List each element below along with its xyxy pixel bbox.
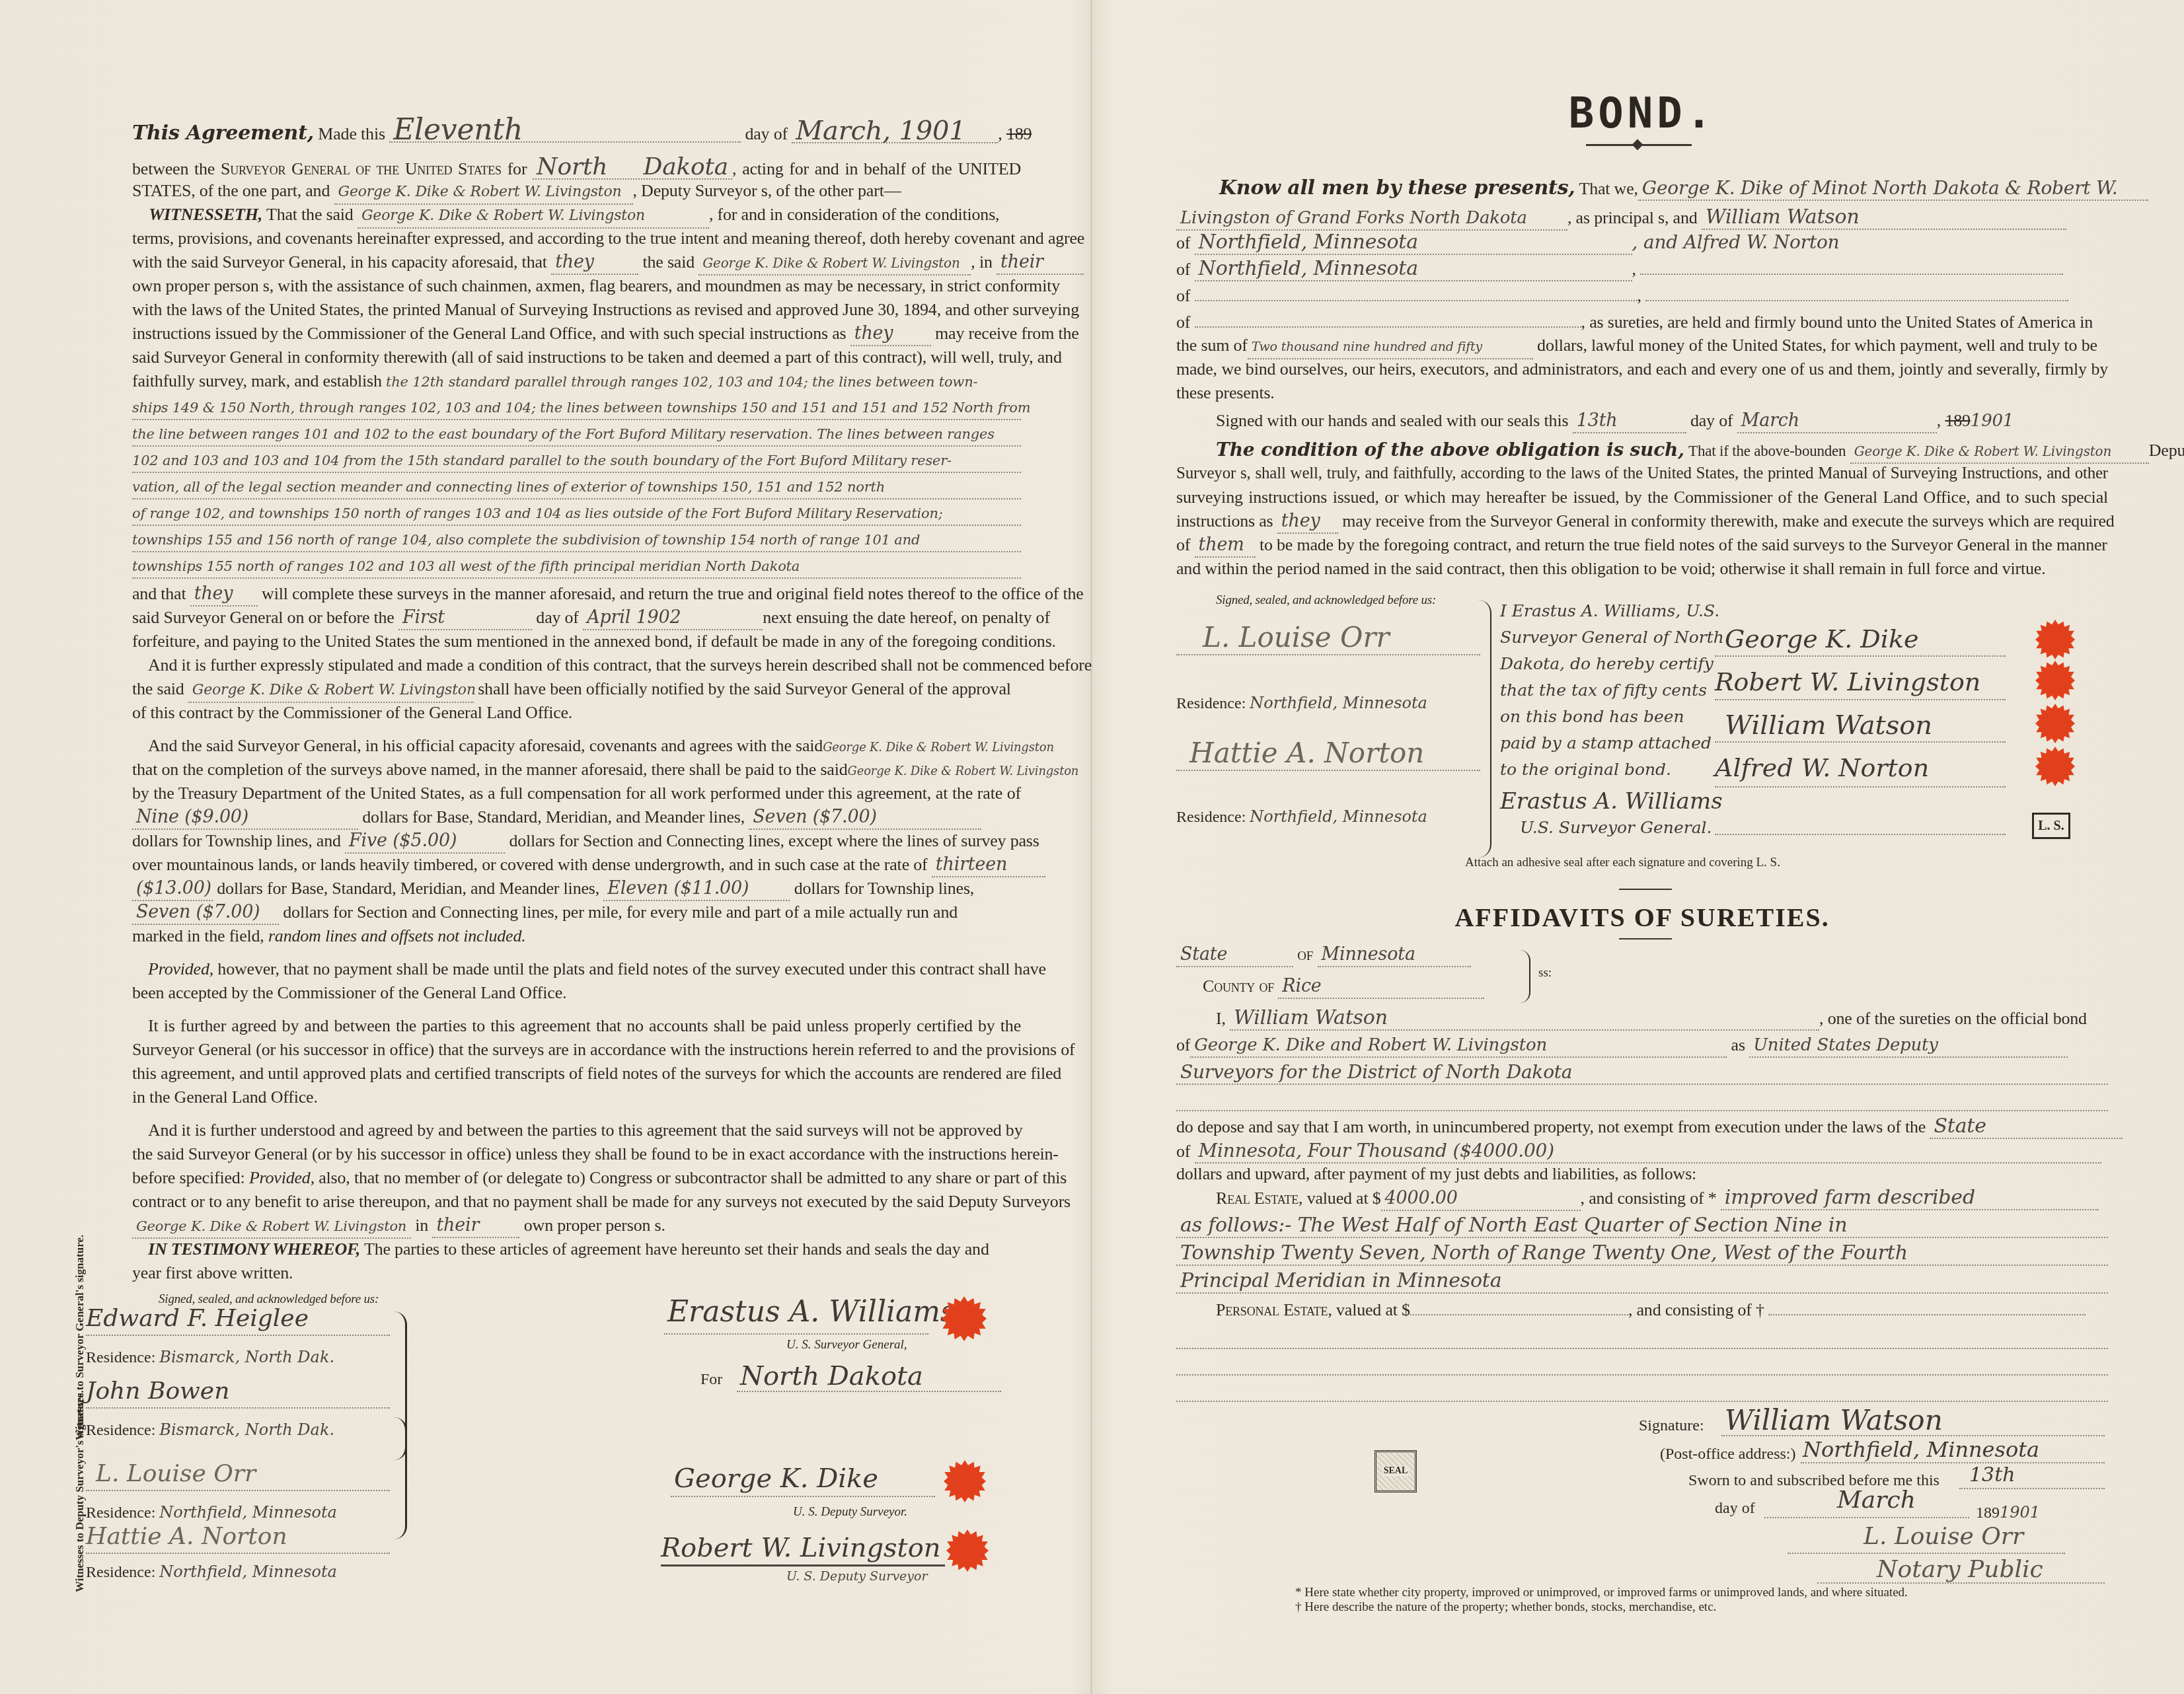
- lawful-money-text: dollars, lawful money of the United Stat…: [1537, 336, 2097, 355]
- their-value-2: their: [432, 1214, 519, 1238]
- county-value: Rice: [1278, 975, 1484, 999]
- above-bounden-text: That if the above-bounden: [1688, 443, 1846, 459]
- residence-row: Residence: Northfield, Minnesota: [1176, 694, 1427, 713]
- random-lines-text: random lines and offsets not included.: [268, 926, 526, 945]
- residence-label: Residence:: [86, 1422, 155, 1439]
- deputies-names: George K. Dike & Robert W. Livingston: [334, 181, 633, 205]
- cert-line: to the original bond.: [1500, 756, 1724, 783]
- p4-names-1: George K. Dike & Robert W. Livingston: [823, 741, 1054, 755]
- for-state-value: North Dakota: [740, 1361, 923, 1391]
- blank-line: [1176, 1354, 2108, 1376]
- residence-label: Residence:: [1176, 695, 1246, 712]
- agreement-line-5: terms, provisions, and covenants hereina…: [132, 227, 1021, 250]
- residence-row: Residence: Northfield, Minnesota: [86, 1563, 337, 1582]
- residence-value: Northfield, Minnesota: [159, 1563, 337, 1581]
- in-label: , in: [971, 252, 992, 272]
- rate-township-hard-value: Eleven ($11.00): [603, 877, 790, 901]
- real-estate-desc: Township Twenty Seven, North of Range Tw…: [1176, 1242, 2108, 1266]
- surety-1-name: William Watson: [1702, 206, 2066, 230]
- signature-line: [671, 1496, 935, 1497]
- provided-label: Provided,: [148, 959, 213, 978]
- covenants-text: And the said Surveyor General, in his of…: [148, 736, 823, 755]
- they-value-2: they: [850, 322, 931, 346]
- bond-line-6: of , as sureties, are held and firmly bo…: [1176, 311, 2108, 334]
- bond-line-9: these presents.: [1176, 382, 2108, 404]
- agreement-line-p4-4: Nine ($9.00) dollars for Base, Standard,…: [132, 806, 1021, 830]
- bond-line-1: Know all men by these presents, That we,…: [1176, 177, 2108, 201]
- bond-line-4: of Northfield, Minnesota,: [1176, 258, 2108, 281]
- red-seal: [2035, 747, 2075, 786]
- bond-signatory: William Watson: [1725, 710, 1932, 741]
- brace-ds: [393, 1417, 407, 1539]
- survey-desc-line: the 12th standard parallel through range…: [386, 374, 977, 390]
- bond-witness-signature: L. Louise Orr: [1203, 621, 1390, 653]
- state-word: State: [1176, 943, 1293, 967]
- divider-ornament: [1619, 889, 1672, 890]
- instructions-as-text: instructions as: [1176, 511, 1273, 531]
- year-prefix: 189: [1976, 1504, 2000, 1522]
- personal-estate-value: [1410, 1298, 1628, 1315]
- post-office-label: (Post-office address:): [1660, 1446, 1796, 1463]
- personal-estate-label: Personal Estate,: [1216, 1300, 1332, 1319]
- signature-line: [86, 1490, 390, 1491]
- agreement-line-p3-3: of this contract by the Commissioner of …: [132, 702, 1021, 724]
- bond-signed-month: March: [1737, 410, 1937, 433]
- footnote-1: * Here state whether city property, impr…: [1295, 1586, 1908, 1600]
- personal-consisting-label: , and consisting of †: [1628, 1300, 1764, 1319]
- of-label: of: [1176, 286, 1190, 305]
- bond-of-line: ofGeorge K. Dike and Robert W. Livingsto…: [1176, 1034, 2108, 1058]
- acting-for-text: , acting for and in behalf of the UNITED: [732, 159, 1021, 178]
- bond-sum-value: Two thousand nine hundred and fifty: [1248, 336, 1533, 359]
- real-estate-value: 4000.00: [1381, 1187, 1581, 1211]
- sg-title: U. S. Surveyor General,: [786, 1338, 907, 1352]
- own-person-text: own proper person s.: [524, 1216, 665, 1235]
- county-label: County of: [1203, 976, 1274, 996]
- agreement-line-p7-1: And it is further understood and agreed …: [132, 1119, 1021, 1142]
- signature-label: Signature:: [1639, 1417, 1704, 1435]
- signature-line: [1721, 1435, 2105, 1436]
- agreement-line-p4-5: dollars for Township lines, and Five ($5…: [132, 830, 1021, 854]
- rate-section-hard-value: Seven ($7.00): [132, 901, 279, 925]
- agreement-line-p7-4: contract or to any benefit to arise ther…: [132, 1191, 1021, 1213]
- witness-signature: Edward F. Heiglee: [86, 1305, 309, 1332]
- the-said-label-2: the said: [132, 679, 184, 698]
- bond-witness-signature: Hattie A. Norton: [1189, 737, 1424, 769]
- agreement-line-p3-1: And it is further expressly stipulated a…: [132, 654, 1021, 677]
- struck-year: 189: [1006, 124, 1032, 143]
- real-estate-label: Real Estate,: [1216, 1189, 1302, 1208]
- agreement-line-p4-2: that on the completion of the surveys ab…: [132, 758, 1021, 783]
- as-principals-text: , as principal s, and: [1567, 208, 1698, 227]
- bond-signatory: Robert W. Livingston: [1715, 667, 1980, 696]
- real-estate-line: Real Estate, valued at $4000.00, and con…: [1176, 1187, 2108, 1211]
- agreement-line-p6-4: in the General Land Office.: [132, 1086, 1021, 1109]
- capacity-text: with the said Surveyor General, in his c…: [132, 252, 547, 272]
- witnesseth-label: WITNESSETH,: [149, 205, 262, 224]
- agreement-month-year: March, 1901: [792, 120, 998, 143]
- survey-desc-line: ships 149 & 150 North, through ranges 10…: [132, 396, 1021, 420]
- dollars-upward-text: dollars and upward, after payment of my …: [1176, 1163, 2108, 1185]
- day-of-label: day of: [745, 124, 788, 143]
- signed-this-text: Signed with our hands and sealed with ou…: [1216, 411, 1568, 430]
- day-of-label-3: day of: [1690, 411, 1733, 430]
- bond-line-5: of ,: [1176, 284, 2108, 307]
- deputy-surveyor-signature: George K. Dike: [674, 1463, 878, 1494]
- personal-estate-line: Personal Estate, valued at $, and consis…: [1176, 1298, 2108, 1321]
- condition-line-6: and within the period named in the said …: [1176, 558, 2108, 580]
- between-label: between the: [132, 159, 215, 178]
- of-caps-label: OF: [1297, 949, 1313, 963]
- as-value-2: Surveyors for the District of North Dako…: [1176, 1061, 2108, 1085]
- of-label: of: [1176, 313, 1190, 332]
- of-label: of: [1176, 1035, 1190, 1054]
- agreement-line-p4-9: marked in the field, random lines and of…: [132, 925, 1021, 947]
- witness-signature: Hattie A. Norton: [86, 1523, 287, 1550]
- center-fold: [1090, 0, 1092, 1694]
- bond-signed-day: 13th: [1573, 410, 1686, 433]
- witness-signature: L. Louise Orr: [96, 1460, 256, 1487]
- condition-heading: The condition of the above obligation is…: [1216, 439, 1684, 460]
- agreement-line-p4-3: by the Treasury Department of the United…: [132, 782, 1021, 805]
- bond-signed-line: Signed with our hands and sealed with ou…: [1176, 410, 2108, 433]
- signature-line: [1715, 786, 2006, 788]
- of-label: of: [1176, 260, 1190, 279]
- year-value: 1901: [2000, 1503, 2040, 1522]
- township-lines-text-2: dollars for Township lines,: [794, 879, 975, 898]
- red-seal: [944, 1460, 986, 1502]
- testimony-label: IN TESTIMONY WHEREOF,: [148, 1239, 360, 1259]
- struck-year-2: 189: [1945, 411, 1970, 430]
- for-label: for: [508, 159, 527, 178]
- condition-line-2: Surveyor s, shall well, truly, and faith…: [1176, 462, 2108, 485]
- signature-underline: [661, 1565, 945, 1566]
- signature-line: [1176, 770, 1480, 771]
- agreement-page: This Agreement, Made this Eleventh day o…: [132, 0, 1021, 1694]
- affidavit-title: AFFIDAVITS OF SURETIES.: [1176, 902, 2108, 933]
- bond-signatory: George K. Dike: [1725, 624, 1918, 653]
- depose-line: do depose and say that I am worth, in un…: [1176, 1115, 2108, 1139]
- signature-line: [664, 1333, 928, 1335]
- post-office-value: Northfield, Minnesota: [1803, 1437, 2039, 1462]
- know-all-heading: Know all men by these presents,: [1219, 176, 1575, 200]
- cert-line: on this bond has been: [1500, 704, 1724, 730]
- signature-line: [1801, 1462, 2105, 1463]
- residence-row: Residence: Northfield, Minnesota: [86, 1503, 337, 1522]
- survey-desc-line: the line between ranges 101 and 102 to t…: [132, 423, 1021, 447]
- signature-line: [1715, 655, 2006, 657]
- congress-text: also, that no member of (or delegate to)…: [319, 1168, 1067, 1187]
- red-seal: [2035, 704, 2075, 743]
- agreement-opening: This Agreement, Made this Eleventh day o…: [132, 119, 1021, 145]
- as-label: as: [1731, 1035, 1745, 1054]
- base-lines-text-2: dollars for Base, Standard, Meridian, an…: [217, 879, 599, 898]
- they-value: they: [551, 251, 638, 275]
- signature-line: [1176, 654, 1480, 655]
- notary-signature: L. Louise Orr: [1864, 1523, 2023, 1550]
- bond-line-2: Livingston of Grand Forks North Dakota, …: [1176, 206, 2108, 231]
- agreement-line-p7-3: before specified: Provided, also, that n…: [132, 1167, 1021, 1189]
- signature-line: [1715, 699, 2006, 700]
- witness-signature: John Bowen: [86, 1378, 229, 1405]
- consideration-text: , for and in consideration of the condit…: [709, 205, 999, 224]
- that-we-label: That we,: [1579, 179, 1638, 198]
- rate-base-hard-word: thirteen: [932, 854, 1045, 877]
- affidavit-state-line: State OF Minnesota: [1176, 943, 2108, 968]
- agreement-line-p3-2: the said George K. Dike & Robert W. Livi…: [132, 678, 1021, 703]
- cert-line: Surveyor General of North: [1500, 624, 1724, 651]
- agreement-line-4: WITNESSETH, That the said George K. Dike…: [132, 203, 1021, 229]
- agreement-line-p4-8: Seven ($7.00) dollars for Section and Co…: [132, 901, 1021, 925]
- due-month-year-value: April 1902: [583, 607, 763, 630]
- bond-line-8: made, we bind ourselves, our heirs, exec…: [1176, 358, 2108, 381]
- cert-line: paid by a stamp attached: [1500, 730, 1724, 756]
- signature-line: [86, 1335, 390, 1336]
- bond-of-value: George K. Dike and Robert W. Livingston: [1190, 1034, 1727, 1058]
- deputy-surveyor-signature: Robert W. Livingston: [661, 1533, 941, 1563]
- title-ornament: [1586, 144, 1692, 146]
- blank-line: [1195, 311, 1581, 328]
- principals-line-2: Livingston of Grand Forks North Dakota: [1176, 207, 1567, 231]
- agreement-line-p4-1: And the said Surveyor General, in his of…: [132, 735, 1021, 759]
- residence-label: Residence:: [1176, 809, 1246, 826]
- paid-to-text: that on the completion of the surveys ab…: [132, 760, 848, 779]
- bond-page: BOND. Know all men by these presents, Th…: [1176, 0, 2108, 1694]
- tax-certification: I Erastus A. Williams, U.S. Surveyor Gen…: [1500, 598, 1724, 841]
- affiant-name: William Watson: [1230, 1007, 1819, 1031]
- residence-value: Northfield, Minnesota: [1250, 807, 1427, 826]
- ds-title: U. S. Deputy Surveyor.: [793, 1505, 907, 1520]
- witness-brace: [1477, 600, 1491, 858]
- one-of-sureties-text: , one of the sureties on the official bo…: [1819, 1009, 2087, 1028]
- residence-value: Bismarck, North Dak.: [159, 1420, 334, 1439]
- condition-names: George K. Dike & Robert W. Livingston: [1850, 440, 2149, 464]
- affiant-line: I, William Watson, one of the sureties o…: [1176, 1007, 2108, 1031]
- provided-label-2: Provided,: [249, 1168, 315, 1187]
- agreement-line-p4-7: ($13.00) dollars for Base, Standard, Mer…: [132, 877, 1021, 901]
- condition-line-5: of them to be made by the foregoing cont…: [1176, 534, 2108, 558]
- agreement-line-9: instructions issued by the Commissioner …: [132, 322, 1021, 346]
- surveyor-general-signature: Erastus A. Williams: [667, 1295, 956, 1329]
- instructions-text: instructions issued by the Commissioner …: [132, 324, 846, 343]
- signature-line: [1764, 1517, 1969, 1518]
- on-or-before-text: said Surveyor General on or before the: [132, 608, 395, 627]
- cert-line: I Erastus A. Williams, U.S.: [1500, 598, 1724, 624]
- rate-section-value: Five ($5.00): [345, 830, 505, 854]
- witnesseth-names: George K. Dike & Robert W. Livingston: [358, 205, 709, 229]
- signature-line: [1715, 834, 2006, 835]
- agreement-line-p7-2: the said Surveyor General (or by his suc…: [132, 1143, 1021, 1165]
- foregoing-contract-text: to be made by the foregoing contract, an…: [1260, 535, 2107, 554]
- residence-value: Northfield, Minnesota: [1250, 694, 1427, 712]
- depose-text: do depose and say that I am worth, in un…: [1176, 1117, 1926, 1136]
- surety-2-name: , and Alfred W. Norton: [1632, 231, 1840, 253]
- residence-row: Residence: Bismarck, North Dak.: [86, 1420, 334, 1440]
- worth-value: Minnesota, Four Thousand ($4000.00): [1195, 1140, 2101, 1163]
- notified-text: shall have been officially notified by t…: [478, 679, 1011, 698]
- sum-of-label: the sum of: [1176, 336, 1248, 355]
- agreement-line-p2-1: and that they will complete these survey…: [132, 583, 1021, 607]
- day-of-label-4: day of: [1715, 1500, 1755, 1518]
- divider-ornament: [1619, 938, 1672, 939]
- before-specified-text: before specified:: [132, 1168, 245, 1187]
- agreement-line-10: said Surveyor General in conformity ther…: [132, 346, 1021, 369]
- ds-title-2: U. S. Deputy Surveyor: [786, 1569, 928, 1584]
- agreement-line-p2-2: said Surveyor General on or before the F…: [132, 607, 1021, 630]
- signature-line: [737, 1391, 1001, 1392]
- real-estate-desc: improved farm described: [1721, 1187, 2099, 1210]
- agreement-line-p2-3: forfeiture, and paying to the United Sta…: [132, 630, 1021, 653]
- condition-line-3: surveying instructions issued, or which …: [1176, 486, 2108, 509]
- as-value: United States Deputy: [1749, 1034, 2068, 1058]
- for-label-2: For: [700, 1371, 722, 1389]
- residence-value: Bismarck, North Dak.: [159, 1348, 334, 1366]
- attach-seal-note: Attach an adhesive seal after each signa…: [1465, 856, 1780, 870]
- real-estate-desc: as follows:- The West Half of North East…: [1176, 1214, 2108, 1238]
- agreement-line-p6-2: Surveyor General (or his successor in of…: [132, 1039, 1021, 1061]
- p7-names-value: George K. Dike & Robert W. Livingston: [132, 1215, 411, 1239]
- survey-desc-line: townships 155 and 156 north of range 104…: [132, 529, 1021, 552]
- residence-label: Residence:: [86, 1349, 155, 1366]
- in-label-2: in: [415, 1216, 428, 1235]
- of-label: of: [1176, 1142, 1190, 1161]
- survey-desc-line: townships 155 north of ranges 102 and 10…: [132, 555, 1021, 579]
- real-estate-desc: Principal Meridian in Minnesota: [1176, 1270, 2108, 1294]
- blank-line: [1645, 284, 2068, 301]
- affidavit-state-value: Minnesota: [1318, 943, 1471, 967]
- sworn-month: March: [1837, 1487, 1916, 1514]
- condition-line-1: The condition of the above obligation is…: [1176, 439, 2108, 464]
- red-seal: [2035, 620, 2075, 659]
- signature-line: [1817, 1582, 2105, 1584]
- condition-line-4: instructions as they may receive from th…: [1176, 510, 2108, 534]
- agreement-line-p6-3: this agreement, and until approved plats…: [132, 1062, 1021, 1085]
- blank-line: [1768, 1298, 2086, 1315]
- deputy-surveyors-text: , Deputy Surveyor s, of the other part—: [633, 181, 901, 200]
- and-that-label: and that: [132, 584, 186, 603]
- agreement-line-3: STATES, of the one part, and George K. D…: [132, 180, 1021, 205]
- of-label: of: [1176, 233, 1190, 252]
- agreement-line-p7-5: George K. Dike & Robert W. Livingston in…: [132, 1214, 1021, 1239]
- one-part-text: STATES, of the one part, and: [132, 181, 330, 200]
- blank-line: [1176, 1328, 2108, 1349]
- cert-line: that the tax of fifty cents: [1500, 677, 1724, 704]
- cond-they-value: they: [1277, 510, 1338, 534]
- complete-surveys-text: will complete these surveys in the manne…: [262, 584, 1084, 603]
- bond-line-3: of Northfield, Minnesota, and Alfred W. …: [1176, 231, 2108, 255]
- township-lines-text: dollars for Township lines, and: [132, 831, 341, 850]
- bond-line-7: the sum ofTwo thousand nine hundred and …: [1176, 334, 2108, 359]
- red-seal: [946, 1529, 989, 1572]
- blank-line: [1640, 258, 2063, 275]
- bond-signatory: Alfred W. Norton: [1715, 753, 1929, 782]
- marked-text: marked in the field,: [132, 926, 264, 945]
- residence-value: Northfield, Minnesota: [159, 1503, 337, 1522]
- residence-row: Residence: Bismarck, North Dak.: [86, 1348, 334, 1367]
- residence-row: Residence: Northfield, Minnesota: [1176, 807, 1427, 827]
- they-value-3: they: [190, 583, 258, 607]
- agreement-line-7: own proper person s, with the assistance…: [132, 275, 1021, 297]
- as-sureties-text: , as sureties, are held and firmly bound…: [1581, 313, 2093, 332]
- i-label: I,: [1216, 1009, 1226, 1028]
- consisting-of-label: , and consisting of *: [1581, 1189, 1717, 1208]
- agreement-state: North Dakota: [533, 156, 732, 180]
- testimony-line-2: year first above written.: [132, 1262, 1021, 1284]
- their-value: their: [997, 251, 1084, 275]
- notary-seal-stamp: SEAL: [1374, 1450, 1417, 1492]
- signature-line: [86, 1407, 390, 1409]
- sworn-day: 13th: [1969, 1463, 2015, 1487]
- cert-line: Dakota, do hereby certify: [1500, 651, 1724, 677]
- rate-township-value: Seven ($7.00): [749, 806, 981, 830]
- notary-title: Notary Public: [1877, 1556, 2043, 1583]
- agreement-line-p5-1: Provided, however, that no payment shall…: [132, 958, 1021, 980]
- cert-title: U.S. Surveyor General.: [1500, 815, 1724, 841]
- agreement-line-6: with the said Surveyor General, in his c…: [132, 251, 1021, 276]
- ls-seal-box: L. S.: [2032, 813, 2070, 839]
- survey-desc-line: of range 102, and townships 150 north of…: [132, 502, 1021, 526]
- of-label: of: [1176, 535, 1190, 554]
- rate-base-hard-value: ($13.00): [132, 877, 213, 901]
- valued-at-label: valued at $: [1336, 1300, 1410, 1319]
- made-this-label: Made this: [318, 124, 385, 143]
- receive-text: may receive from the: [935, 324, 1079, 343]
- day-of-label-2: day of: [536, 608, 579, 627]
- agreement-line-8: with the laws of the United States, the …: [132, 299, 1021, 321]
- agreement-line-p5-2: been accepted by the Commissioner of the…: [132, 982, 1021, 1004]
- red-seal: [942, 1296, 987, 1341]
- surveyor-general-caps: Surveyor General of the United States: [221, 159, 502, 178]
- mountainous-text: over mountainous lands, or lands heavily…: [132, 855, 928, 874]
- agreement-day-value: Eleventh: [389, 119, 741, 143]
- blank-line: [1176, 1381, 2108, 1402]
- surety-2-residence: Northfield, Minnesota: [1195, 258, 1632, 281]
- names-value: George K. Dike & Robert W. Livingston: [698, 252, 971, 276]
- valued-at-label: valued at $: [1307, 1189, 1381, 1208]
- rate-base-value: Nine ($9.00): [132, 806, 358, 830]
- cert-signature: Erastus A. Williams: [1500, 788, 1724, 815]
- bond-title: BOND.: [1176, 89, 2108, 138]
- sworn-year: 1891901: [1976, 1503, 2040, 1522]
- penalty-text: next ensuing the date hereof, on penalty…: [763, 608, 1050, 627]
- signature-line: [86, 1553, 390, 1554]
- surety-1-residence: Northfield, Minnesota: [1195, 231, 1632, 255]
- survey-desc-line: vation, all of the legal section meander…: [132, 476, 1021, 499]
- red-seal: [2035, 661, 2075, 700]
- signature-line: [1788, 1553, 2065, 1554]
- receive-text-2: may receive from the Surveyor General in…: [1342, 511, 2114, 531]
- deputy-label: Deputy: [2149, 441, 2184, 460]
- agreement-line-p6-1: It is further agreed by and between the …: [132, 1015, 1021, 1037]
- agreement-line-p4-6: over mountainous lands, or lands heavily…: [132, 854, 1021, 877]
- survey-desc-line: 102 and 103 and 103 and 104 from the 15t…: [132, 449, 1021, 473]
- bond-signed-year: 1901: [1971, 411, 2014, 431]
- witness-ds-vertical-label: Witnesses to Deputy Surveyor's signature…: [74, 1473, 86, 1592]
- cond-them-value: them: [1195, 534, 1256, 558]
- testimony-text: The parties to these articles of agreeme…: [364, 1239, 989, 1259]
- agreement-line-11: faithfully survey, mark, and establish t…: [132, 370, 1021, 393]
- section-lines-text: dollars for Section and Connecting lines…: [509, 831, 1039, 850]
- blank-line: [1195, 284, 1638, 301]
- testimony-line: IN TESTIMONY WHEREOF, The parties to the…: [132, 1238, 1021, 1261]
- that-the-said-label: That the said: [266, 205, 354, 224]
- residence-label: Residence:: [86, 1564, 155, 1581]
- per-mile-text: dollars for Section and Connecting lines…: [283, 902, 958, 922]
- residence-label: Residence:: [86, 1504, 155, 1522]
- worth-line: of Minnesota, Four Thousand ($4000.00): [1176, 1140, 2108, 1163]
- affidavit-county-line: County of Rice: [1176, 975, 2108, 999]
- blank-line: [1176, 1090, 2108, 1111]
